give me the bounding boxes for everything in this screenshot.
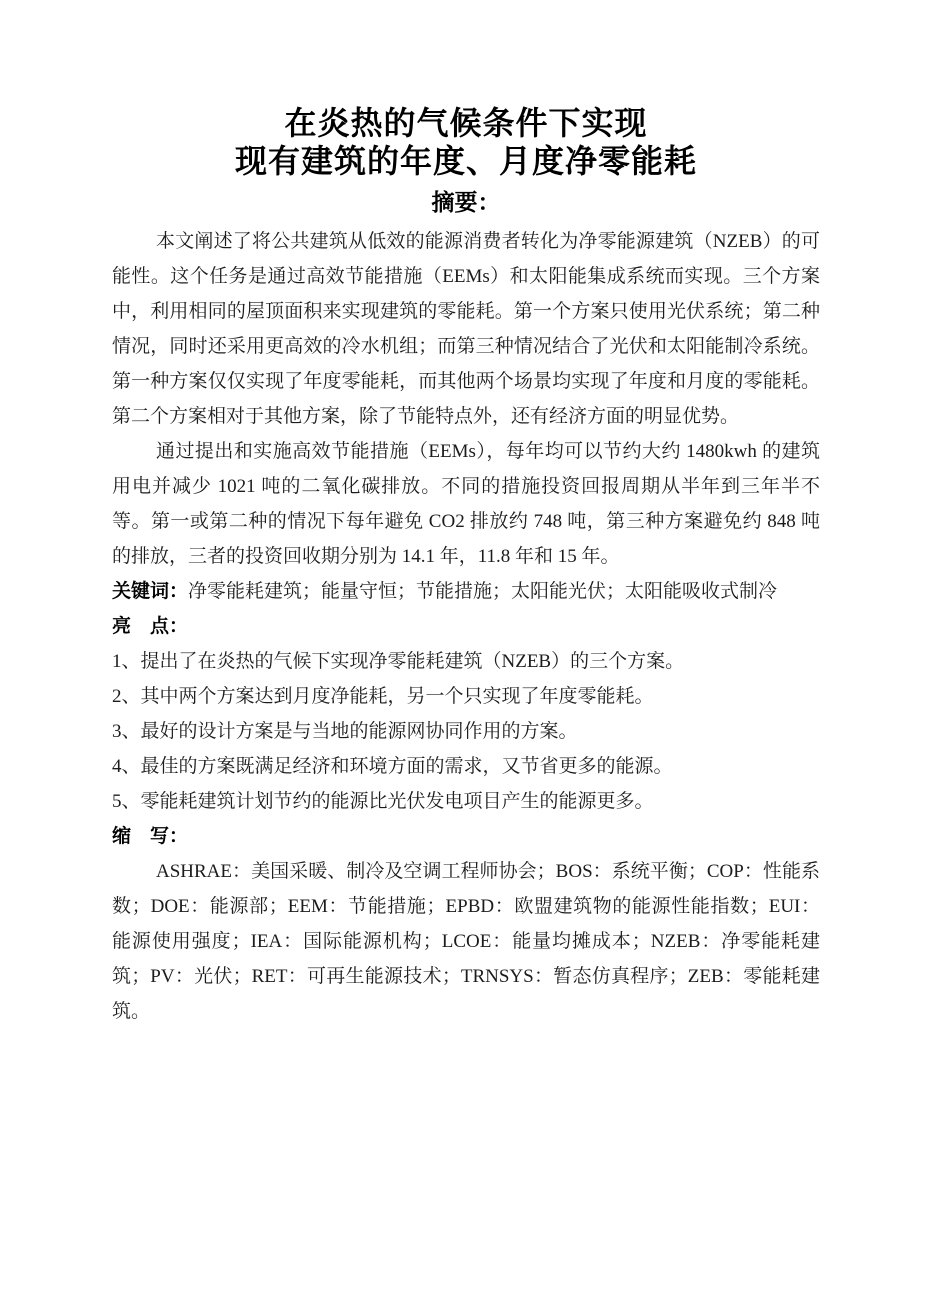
highlight-item-4: 4、最佳的方案既满足经济和环境方面的需求，又节省更多的能源。: [112, 749, 820, 784]
highlight-item-2: 2、其中两个方案达到月度净能耗，另一个只实现了年度零能耗。: [112, 679, 820, 714]
abbreviations-heading: 缩 写：: [112, 819, 820, 854]
highlights-list: 1、提出了在炎热的气候下实现净零能耗建筑（NZEB）的三个方案。 2、其中两个方…: [112, 644, 820, 819]
highlight-item-1: 1、提出了在炎热的气候下实现净零能耗建筑（NZEB）的三个方案。: [112, 644, 820, 679]
abstract-heading: 摘要：: [112, 180, 820, 224]
abstract-paragraph-2: 通过提出和实施高效节能措施（EEMs），每年均可以节约大约 1480kwh 的建…: [112, 434, 820, 574]
keywords-label: 关键词：: [112, 581, 188, 602]
document-page: 在炎热的气候条件下实现 现有建筑的年度、月度净零能耗 摘要： 本文阐述了将公共建…: [0, 0, 926, 1309]
abstract-paragraph-1: 本文阐述了将公共建筑从低效的能源消费者转化为净零能源建筑（NZEB）的可能性。这…: [112, 224, 820, 434]
highlights-heading: 亮 点：: [112, 609, 820, 644]
keywords-text: 净零能耗建筑；能量守恒；节能措施；太阳能光伏；太阳能吸收式制冷: [188, 581, 777, 602]
highlight-item-3: 3、最好的设计方案是与当地的能源网协同作用的方案。: [112, 714, 820, 749]
highlight-item-5: 5、零能耗建筑计划节约的能源比光伏发电项目产生的能源更多。: [112, 784, 820, 819]
keywords-line: 关键词：净零能耗建筑；能量守恒；节能措施；太阳能光伏；太阳能吸收式制冷: [112, 574, 820, 609]
title-line-2: 现有建筑的年度、月度净零能耗: [112, 142, 820, 180]
title-line-1: 在炎热的气候条件下实现: [112, 104, 820, 142]
abbreviations-paragraph: ASHRAE：美国采暖、制冷及空调工程师协会；BOS：系统平衡；COP：性能系数…: [112, 854, 820, 1029]
